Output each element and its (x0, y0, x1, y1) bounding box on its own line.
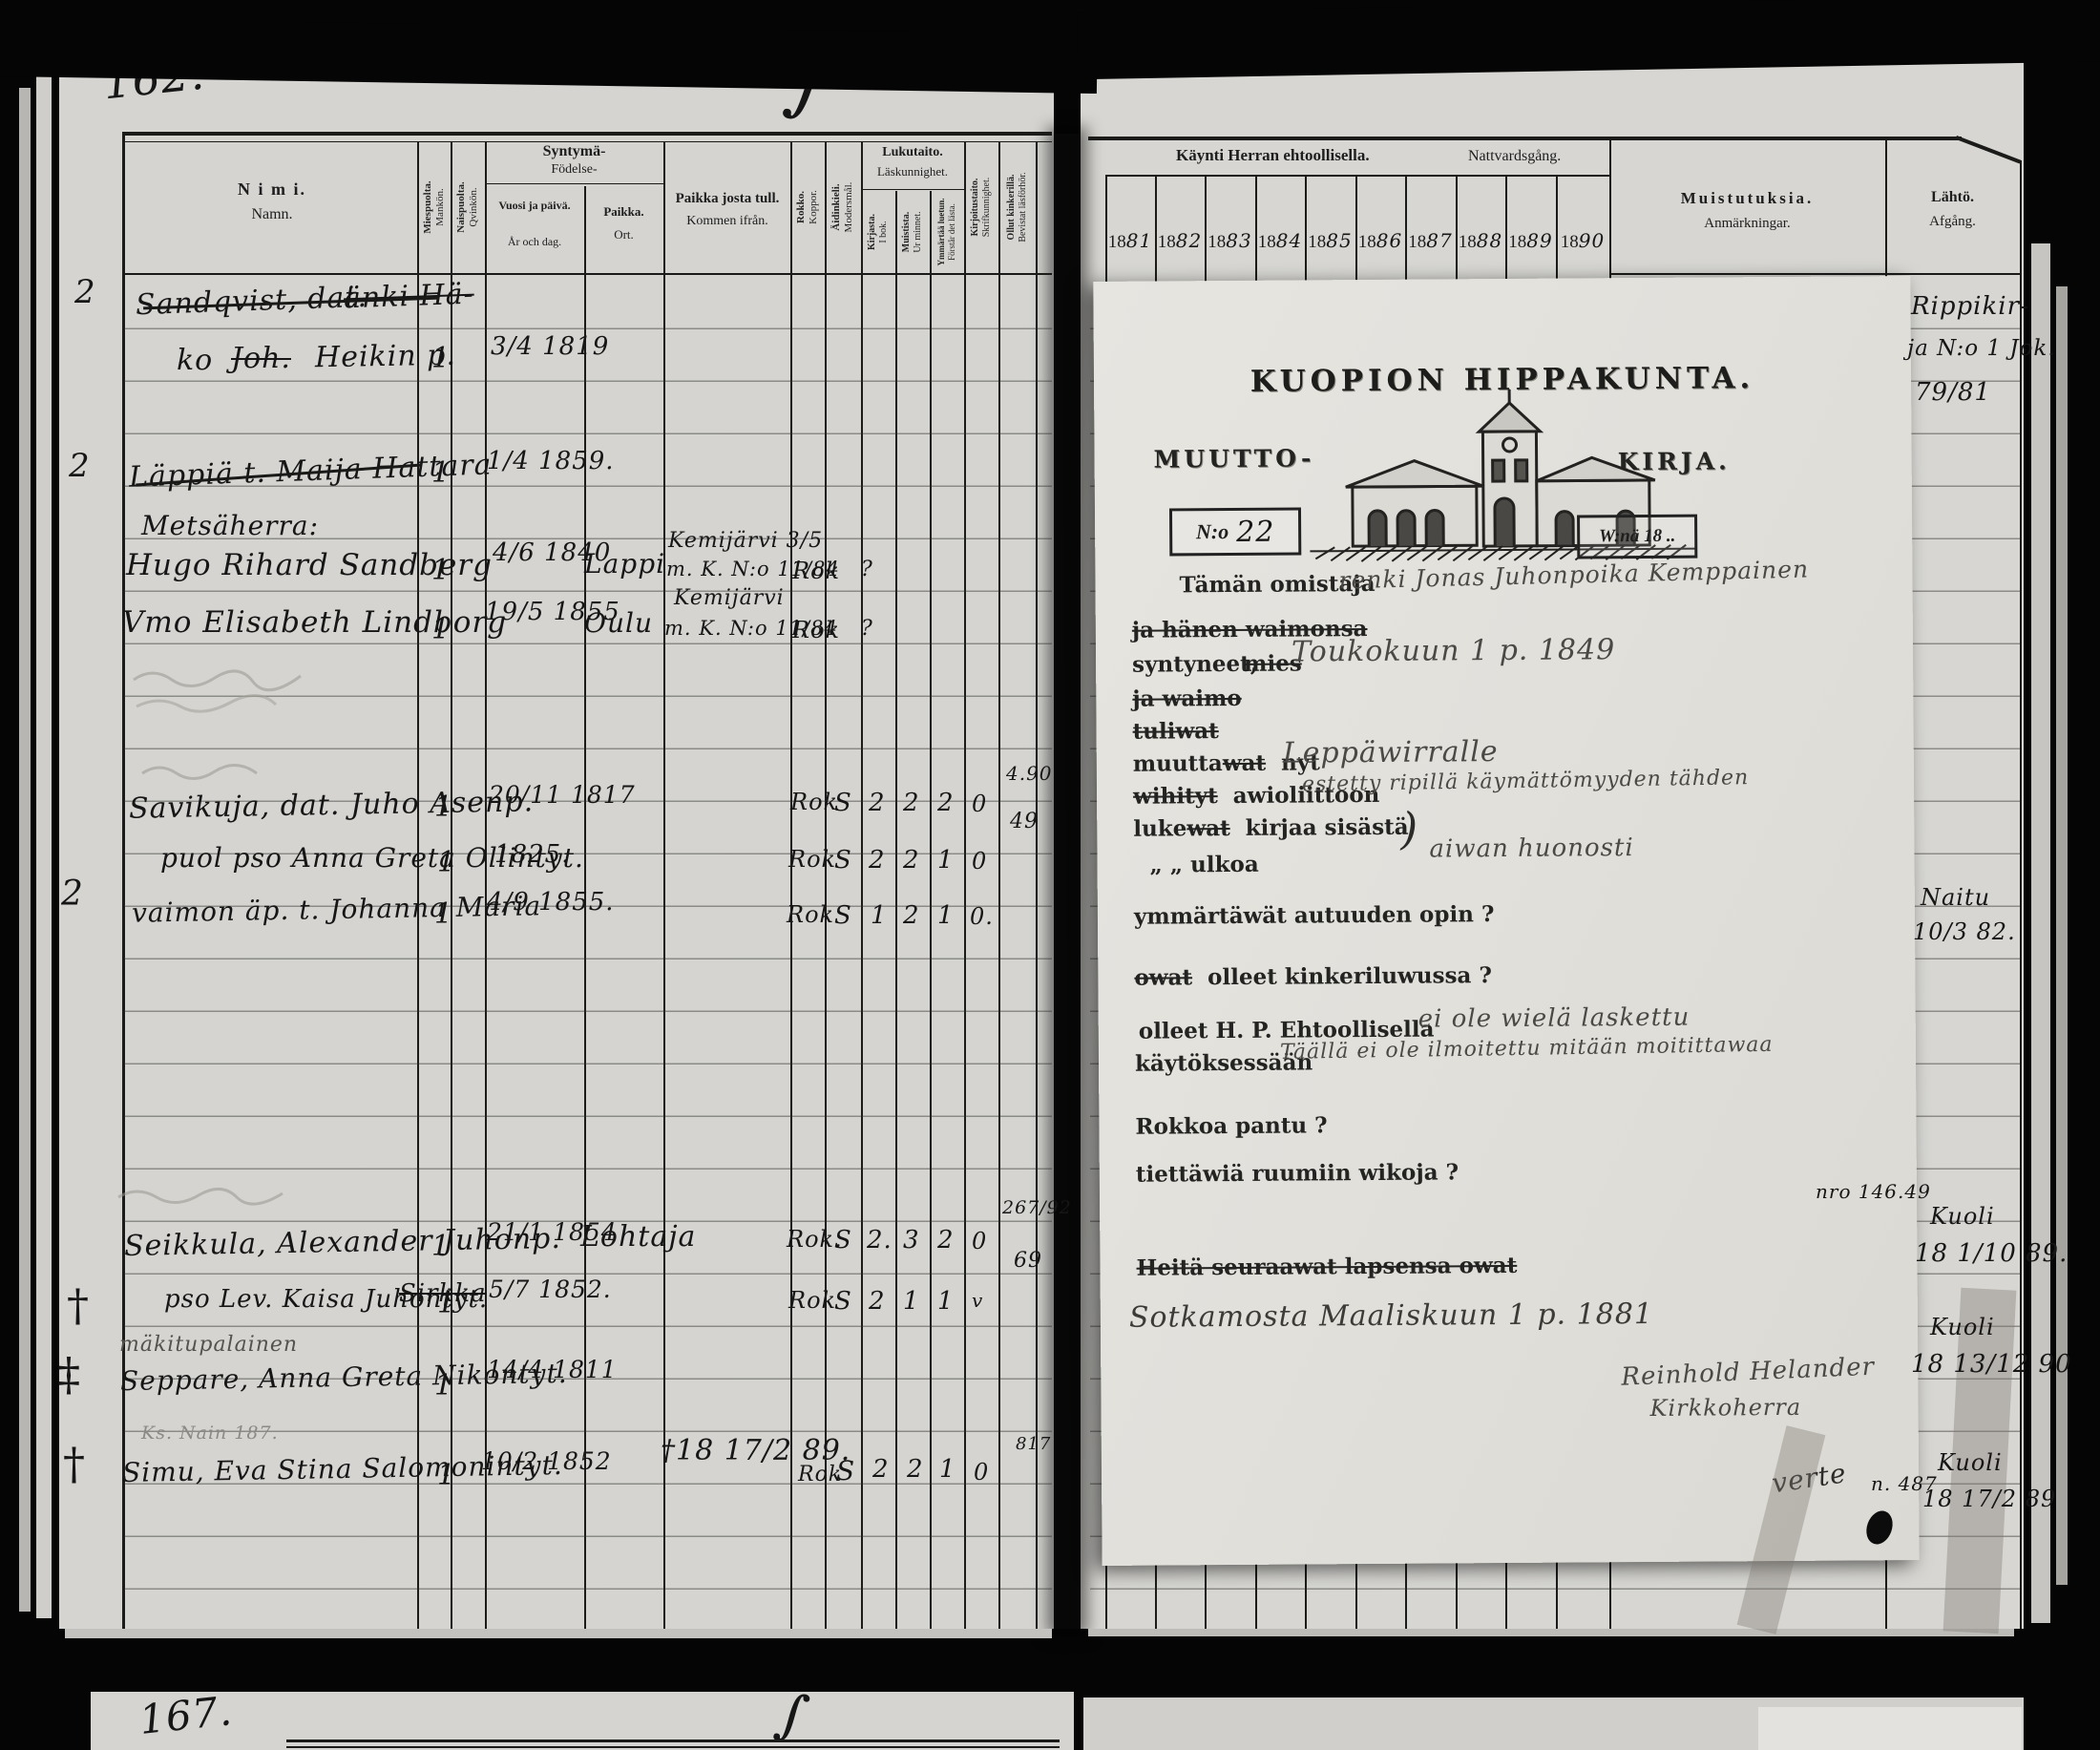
certificate-type-left: MUUTTO- (1154, 444, 1315, 473)
entry-name-struck: änki Hä- (343, 278, 474, 316)
page-bottom-edge (65, 1629, 1052, 1638)
vaccination-mark: Rok (792, 617, 840, 643)
certificate-year-box: W:nä 18 .. (1577, 515, 1697, 559)
vaccinated-label: Rokkoa pantu ? (1135, 1112, 1327, 1139)
sex-mark: 1 (437, 1287, 456, 1320)
communion-year-1882: 1882 (1155, 229, 1205, 253)
sex-mark: 1 (431, 554, 451, 587)
number-label: N:o (1196, 519, 1228, 544)
reading-label: lukewat kirjaa sisästä (1133, 814, 1409, 842)
writing-grade: 0 (972, 1228, 987, 1255)
defects-label: tiettäwiä ruumiin wikoja ? (1136, 1159, 1459, 1187)
margin-mark: 2 (69, 447, 91, 485)
col-vuosi: Vuosi ja päivä. (487, 199, 582, 213)
death-entry: Kuoli (1930, 1203, 1995, 1230)
page-bottom-edge (1088, 1629, 2014, 1636)
marriage-note: estetty ripillä käymättömyyden tähden (1302, 766, 1750, 796)
sex-mark: 1 (431, 1230, 451, 1263)
came-from: Kemijärvi (674, 586, 785, 610)
reading-grade: 2 (903, 789, 920, 817)
signature-title: Kirkkoherra (1649, 1394, 1801, 1422)
next-table-top-rule (286, 1746, 1060, 1748)
death-entry: Kuoli (1930, 1314, 1995, 1340)
departure-note: Rippikir- (1911, 292, 2029, 321)
language-mark: ? (861, 558, 873, 581)
language-mark: S (834, 789, 852, 817)
reading-grade: 2 (869, 789, 886, 817)
communion-note: ei ole wielä laskettu (1418, 1003, 1690, 1034)
col-paikka-josta: Paikka josta tull. (665, 191, 789, 207)
kinkeri-note: 69 (1014, 1249, 1042, 1273)
reading-note: aiwan huonosti (1429, 833, 1633, 863)
birth-date: 4/9 1855. (487, 888, 615, 917)
kinkeri-note: 4.90 (1006, 762, 1053, 785)
vaccination-mark: Rok (788, 846, 836, 873)
death-entry: Kuoli (1938, 1449, 2003, 1476)
birth-place: Oulu (584, 607, 653, 639)
sex-mark: 1 (431, 342, 451, 375)
writing-grade: 0 (972, 791, 987, 817)
col-muistista: Muistista. Ur minnet. (896, 192, 929, 272)
pencil-scribble (138, 756, 291, 785)
reading-brace: ) (1400, 803, 1418, 854)
reading-grade: 2 (907, 1455, 924, 1484)
margin-cross: † (67, 1279, 90, 1331)
born-label: syntyneet, (1132, 651, 1258, 678)
vaccination-mark: Rok (792, 558, 840, 584)
col-lahto: Lähtö. (1885, 189, 2020, 206)
sex-mark: 1 (434, 1369, 453, 1402)
communion-year-1886: 1886 (1355, 229, 1405, 253)
language-mark: S (834, 1226, 852, 1255)
col-paikka: Paikka. (585, 204, 662, 220)
vaccination-mark: Rok (787, 901, 834, 928)
entry-name: Savikuja, dat. Juho Asenp. (129, 785, 535, 825)
kinkeri-note: 267/92 (1002, 1197, 1072, 1218)
communion-year-1881: 1881 (1105, 229, 1155, 253)
col-naispuolta: Naispuolta. Qvinkön. (451, 145, 484, 269)
year-box-value: W:nä 18 .. (1599, 526, 1675, 548)
certificate-number-box: N:o 22 (1169, 507, 1301, 556)
ulkoa-label: „ „ ulkoa (1149, 852, 1258, 878)
death-entry: 18 17/2 89 (1922, 1486, 2056, 1512)
col-afgang: Afgång. (1885, 214, 2020, 230)
col-anmarkningar: Anmärkningar. (1609, 216, 1885, 232)
col-aidinkieli: Äidinkieli. Modersmål. (827, 145, 859, 269)
muuttokirja-certificate: KUOPION HIPPAKUNTA. MUUTTO- KIRJA. (1093, 276, 1919, 1566)
reading-grade: 1 (871, 901, 888, 930)
birth-date: 3/4 1819 (491, 332, 609, 361)
next-table-top-rule (286, 1739, 1060, 1742)
birth-place: Lohtaja (580, 1220, 696, 1254)
reading-grade: 1 (937, 1287, 955, 1316)
doctrine-label: ymmärtäwät autuuden opin ? (1134, 901, 1495, 930)
col-syntyma: Syntymä- (485, 143, 663, 160)
col-kinkerilla: Ollut kinkerillä. Bevistat läsförhör. (1001, 145, 1034, 269)
communion-year-1884: 1884 (1255, 229, 1305, 253)
birth-date: 5/7 1852. (489, 1276, 612, 1303)
remarks-ref: nro 146.49 (1816, 1180, 1931, 1203)
departure-note: 79/81 (1915, 378, 1991, 407)
signature: Reinhold Helander (1621, 1353, 1876, 1392)
margin-cross: † (63, 1438, 86, 1489)
reading-grade: 1 (937, 901, 955, 930)
scanned-parish-ledger: 162. ∫ N i m i. Namn. Miespuolta. Mankön… (0, 0, 2100, 1750)
ja-waimo-struck: ja waimo (1132, 685, 1242, 712)
col-nimi: N i m i. (172, 179, 372, 200)
reading-grade: 2. (867, 1226, 892, 1255)
next-page-number: 167. (137, 1687, 235, 1743)
destination-value: Leppäwirralle (1283, 735, 1499, 770)
sex-mark: 1 (431, 456, 451, 490)
margin-mark: 2 (74, 273, 96, 311)
kinkeri-note: 49 (1010, 810, 1039, 833)
reading-grade: 1 (939, 1455, 956, 1484)
language-mark: S (834, 901, 852, 930)
col-lukutaito: Lukutaito. (861, 145, 964, 160)
col-ar-och-dag: År och dag. (487, 235, 582, 249)
next-spread-loose-sheet (1758, 1707, 2022, 1750)
birth-date: 1/4 1859. (487, 447, 615, 475)
col-miespuolta: Miespuolta. Mankön. (418, 145, 451, 269)
margin-cross: ‡ (57, 1348, 81, 1402)
departure-note: Naitu (1921, 884, 1990, 911)
language-mark: S (834, 1287, 852, 1316)
sex-mark: 1 (434, 897, 453, 931)
col-kirjoitustaito: Kirjoitustaito. Skrifkunnighet. (965, 145, 997, 269)
sex-mark: 1 (437, 1459, 456, 1492)
reference-note: Ks. Nain 187. (141, 1423, 279, 1444)
occupation-note: mäkitupalainen (119, 1333, 298, 1357)
writing-grade: 0. (970, 903, 994, 930)
writing-grade: 0 (972, 848, 987, 875)
death-entry: 18 13/12 90 (1911, 1350, 2072, 1379)
communion-year-1890: 1890 (1556, 229, 1609, 253)
language-mark: S (836, 1455, 855, 1486)
birth-date: 20/11 1817 (489, 781, 636, 809)
communion-year-1883: 1883 (1205, 229, 1255, 253)
book-gutter (1054, 134, 1081, 1629)
col-kirjasta: Kirjasta. I bok. (862, 192, 894, 272)
sex-mark: 1 (434, 791, 453, 824)
language-mark: S (834, 846, 852, 875)
writing-grade: 0 (974, 1459, 989, 1486)
col-namn: Namn. (172, 206, 372, 223)
reading-grade: 3 (903, 1226, 920, 1255)
col-muistutuksia: Muistutuksia. (1609, 189, 1885, 208)
birth-date: 10/2 1852 (481, 1447, 612, 1475)
col-nattvardsgang: Nattvardsgång. (1468, 148, 1561, 165)
col-laskunnighet: Läskunnighet. (855, 164, 970, 179)
col-rokko: Rokko. Koppor. (791, 145, 824, 269)
came-from: Kemijärvi 3/5 (668, 529, 823, 553)
tuliwat-struck: tuliwat (1133, 718, 1219, 745)
vaccination-mark: Rok (790, 789, 838, 815)
col-ymmartaa: Ymmärtää luetun. Förstår det lästa. (931, 192, 963, 272)
birth-place: Lappi (584, 548, 665, 580)
margin-mark: 2 (61, 875, 84, 914)
vaccination-mark: Rok (788, 1287, 836, 1314)
pencil-scribble (115, 1182, 315, 1209)
reading-grade: 2 (937, 789, 955, 817)
entry-name-struck: Joh. (231, 342, 291, 375)
birth-date: 14/4 1811 (487, 1356, 618, 1383)
col-ort: Ort. (585, 227, 662, 242)
communion-year-1889: 1889 (1505, 229, 1556, 253)
col-kommen-ifran: Kommen ifrån. (665, 214, 789, 229)
kinkeri-label: owat olleet kinkeriluwussa ? (1134, 962, 1492, 991)
pencil-scribble (129, 661, 387, 720)
departure-note: ja N:o 1 Jok. (1907, 336, 2056, 361)
col-fodelse: Födelse- (485, 162, 663, 178)
issue-place-date: Sotkamosta Maaliskuun 1 p. 1881 (1129, 1297, 1653, 1335)
reading-grade: 2 (872, 1455, 890, 1484)
kinkeri-note: 817 (1016, 1434, 1051, 1454)
col-ehtoollisella: Käynti Herran ehtoollisella. (1176, 146, 1370, 165)
entry-title: Metsäherra: (141, 510, 319, 541)
born-value: Toukokuun 1 p. 1849 (1291, 633, 1615, 668)
reading-grade: 2 (903, 846, 920, 875)
communion-year-1887: 1887 (1405, 229, 1456, 253)
death-entry: 18 1/10 89. (1915, 1239, 2068, 1268)
reading-grade: 2 (869, 846, 886, 875)
children-line-struck: Heitä seuraawat lapsensa owat (1136, 1253, 1517, 1281)
departure-note: 10/3 82. (1913, 918, 2016, 945)
communion-year-1888: 1888 (1456, 229, 1505, 253)
entry-name: ko (177, 344, 213, 377)
communion-year-1885: 1885 (1305, 229, 1355, 253)
language-mark: ? (861, 617, 873, 641)
reading-grade: 2 (937, 1226, 955, 1255)
reading-grade: 1 (937, 846, 955, 875)
writing-grade: v (972, 1289, 983, 1312)
sex-mark: 1 (431, 613, 451, 646)
birth-date: 1825. (494, 840, 570, 869)
reading-grade: 2 (903, 901, 920, 930)
reading-grade: 1 (903, 1287, 920, 1316)
number-value: 22 (1236, 515, 1274, 548)
reading-grade: 2 (869, 1287, 886, 1316)
sex-mark: 1 (437, 846, 456, 879)
